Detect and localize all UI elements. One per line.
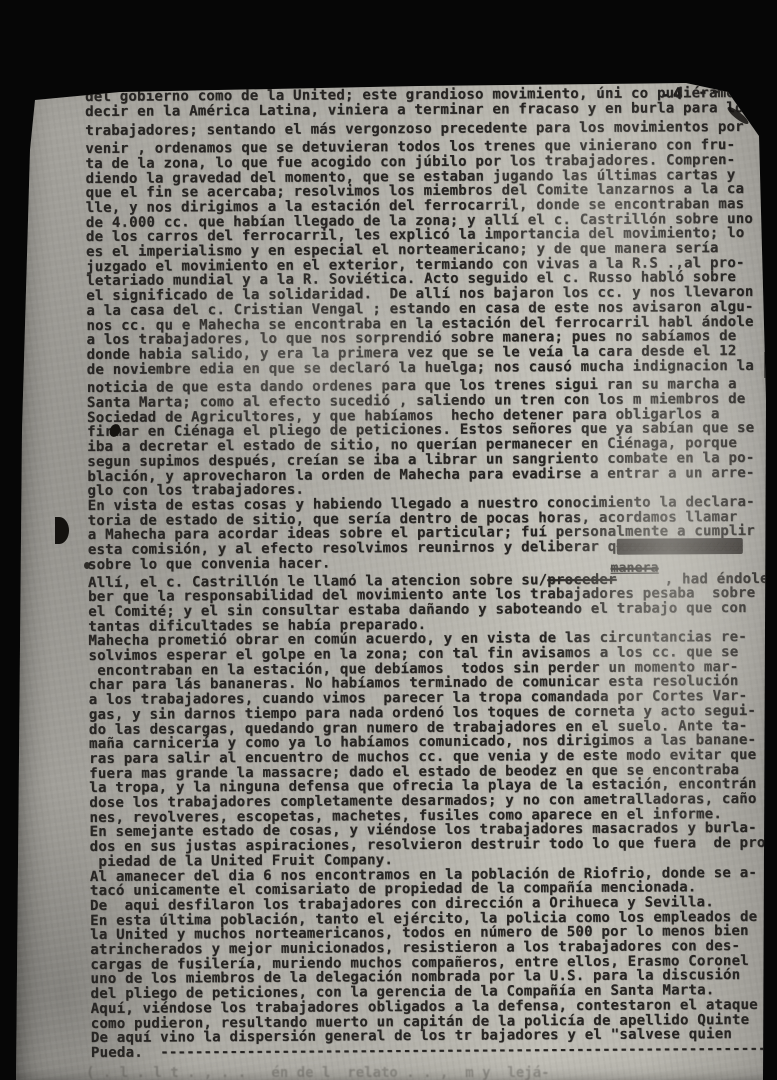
handwritten-insert: manera — [610, 560, 658, 575]
typewritten-text-block: del gobierno como de la United; este gra… — [85, 86, 769, 1061]
redacted-text: xxxxxxxxxxxxxxxx — [616, 538, 742, 555]
page-edge-shadow — [768, 128, 771, 1080]
text-segment: esta comisión, y al efecto resolvimos re… — [88, 539, 617, 558]
document-page: -4 -- del gobierno como de la United; es… — [0, 0, 777, 1080]
text-line: decir en la América Latina, viniera a te… — [85, 101, 763, 120]
text-line: Allí, el c. Castrillón le llamó la atenc… — [88, 571, 766, 590]
struck-text: procedermanera — [547, 571, 664, 588]
text-line: Pueda. ---------------------------------… — [91, 1042, 769, 1061]
edge-mark — [764, 352, 767, 378]
faint-cutoff-line: ( . l . l t . , . . én de l relato . . ,… — [86, 1066, 550, 1080]
ink-speck — [84, 562, 90, 569]
text-line: trabajadores; sentando el más vergonzoso… — [85, 120, 763, 139]
ink-blot — [55, 517, 69, 544]
text-segment: , had éndole sa- — [665, 570, 777, 587]
text-line: de noviembre edia en que se declaró la h… — [87, 359, 765, 378]
text-segment: Allí, el c. Castrillón le llamó la atenc… — [88, 572, 547, 591]
scanned-document-screenshot: { "colors": { "background": "#060606", "… — [0, 0, 777, 1080]
edge-mark — [765, 940, 768, 1010]
